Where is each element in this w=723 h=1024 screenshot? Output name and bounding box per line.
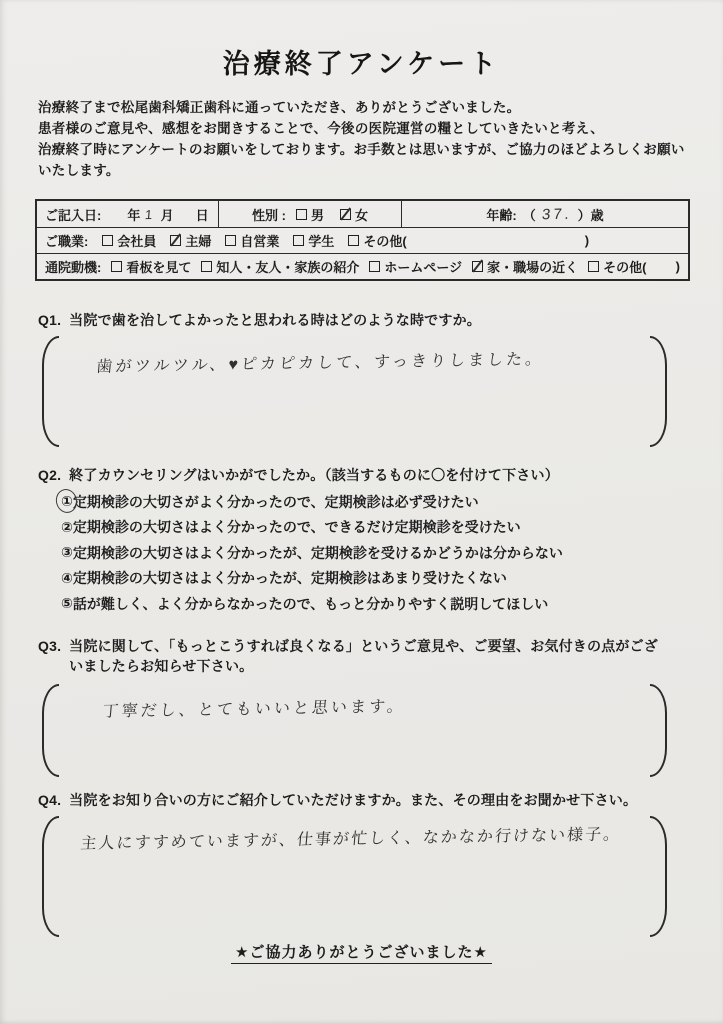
handwritten-answer-q4: 主人にすすめていますが、仕事が忙しく、なかなか行けない様子。: [80, 821, 623, 853]
choice-number: ③: [61, 544, 73, 561]
date-cell: ご記入日: 年 1 月 日: [37, 201, 218, 227]
motive-option: ホームページ: [369, 257, 462, 276]
motive-option-label: 家・職場の近く: [487, 257, 578, 276]
age-cell: 年齢: （ 37. ）歳: [401, 201, 688, 227]
motive-other-close-paren: ): [676, 259, 680, 274]
handwritten-age-value: 37.: [541, 205, 572, 223]
intro-line: いたします。: [38, 160, 688, 181]
checkbox-referral: [201, 261, 212, 272]
choice-2: ②定期検診の大切さはよく分かったので、できるだけ定期検診を受けたい: [61, 515, 563, 541]
age-paren-open: （: [523, 205, 536, 224]
handwritten-answer-q1: 歯がツルツル、♥ピカピカして、すっきりしました。: [96, 346, 546, 377]
question-number: Q1.: [38, 310, 61, 330]
sex-option-label: 男: [311, 205, 324, 224]
choice-text: 話が難しく、よく分からなかったので、もっと分かりやすく説明してほしい: [73, 594, 548, 614]
occupation-option: 自営業: [225, 231, 279, 250]
checkbox-homepage: [369, 261, 380, 272]
checkbox-occupation-other: [348, 235, 359, 246]
date-year-suffix: 年: [127, 205, 140, 224]
choice-text: 定期検診の大切さはよく分かったので、できるだけ定期検診を受けたい: [73, 517, 521, 537]
occupation-option: 主婦: [170, 231, 211, 250]
table-row-occupation: ご職業: 会社員 主婦 自営業 学生: [37, 227, 688, 253]
date-day-suffix: 日: [196, 205, 209, 224]
sex-option-label: 女: [355, 205, 368, 224]
occupation-option: 会社員: [102, 231, 156, 250]
occupation-option-label: その他(: [363, 231, 406, 250]
motive-option-label: その他(: [603, 257, 646, 276]
motive-option-label: 知人・友人・家族の紹介: [216, 257, 359, 276]
checkbox-company-employee: [102, 235, 113, 246]
occupation-option-label: 自営業: [240, 231, 279, 250]
choice-5: ⑤話が難しく、よく分からなかったので、もっと分かりやすく説明してほしい: [61, 591, 563, 617]
choice-number-circled: ①: [61, 493, 73, 510]
date-month-suffix: 月: [161, 205, 174, 224]
choice-text: 定期検診の大切さはよく分かったが、定期検診はあまり受けたくない: [73, 568, 507, 588]
left-bracket: [42, 816, 59, 937]
motive-cell: 通院動機: 看板を見て 知人・友人・家族の紹介 ホームページ 家・職場の近く: [37, 254, 688, 279]
question-text: 終了カウンセリングはいかがでしたか。（該当するものに〇を付けて下さい）: [69, 465, 559, 485]
question-number: Q2.: [38, 465, 61, 485]
question-1-heading: Q1. 当院で歯を治してよかったと思われる時はどのような時ですか。: [38, 310, 678, 330]
question-2-choices: ①定期検診の大切さがよく分かったので、定期検診は必ず受けたい ②定期検診の大切さ…: [61, 489, 563, 617]
table-row-date-sex-age: ご記入日: 年 1 月 日 性別 : 男 女: [37, 201, 688, 227]
question-3-heading: Q3. 当院に関して、「もっとこうすれば良くなる」というご意見や、ご要望、お気付…: [38, 636, 670, 676]
date-label: ご記入日:: [45, 205, 101, 224]
table-row-motive: 通院動機: 看板を見て 知人・友人・家族の紹介 ホームページ 家・職場の近く: [37, 253, 688, 279]
motive-label: 通院動機:: [45, 257, 101, 276]
right-bracket: [650, 816, 667, 937]
motive-option: 看板を見て: [111, 257, 191, 276]
question-2-heading: Q2. 終了カウンセリングはいかがでしたか。（該当するものに〇を付けて下さい）: [38, 465, 678, 485]
intro-line: 治療終了時にアンケートのお願いをしております。お手数とは思いますが、ご協力のほど…: [38, 139, 688, 160]
age-label: 年齢:: [486, 205, 516, 224]
sex-cell: 性別 : 男 女: [218, 201, 401, 227]
occupation-label: ご職業:: [45, 231, 88, 250]
checkbox-saw-signboard: [111, 261, 122, 272]
answer-area: 歯がツルツル、♥ピカピカして、すっきりしました。: [59, 336, 650, 447]
choice-3: ③定期検診の大切さはよく分かったが、定期検診を受けるかどうかは分からない: [61, 540, 563, 566]
sex-label: 性別 :: [252, 205, 286, 224]
checkbox-student: [293, 235, 304, 246]
question-4-answer-box: 主人にすすめていますが、仕事が忙しく、なかなか行けない様子。: [42, 816, 667, 937]
checkbox-motive-other: [588, 261, 599, 272]
footer-thanks: ★ご協力ありがとうございました★: [0, 941, 723, 962]
occupation-option-label: 会社員: [117, 231, 156, 250]
question-number: Q3.: [38, 636, 61, 676]
right-bracket: [650, 684, 667, 777]
right-bracket: [650, 336, 667, 447]
footer-thanks-text: ★ご協力ありがとうございました★: [231, 944, 492, 964]
occupation-other-close-paren: ): [585, 233, 589, 248]
question-number: Q4.: [38, 790, 61, 810]
occupation-option-label: 主婦: [185, 231, 211, 250]
scanned-questionnaire-page: 治療終了アンケート 治療終了まで松尾歯科矯正歯科に通っていただき、ありがとうござ…: [0, 0, 723, 1024]
checkbox-male: [296, 209, 307, 220]
motive-option: 知人・友人・家族の紹介: [201, 257, 359, 276]
choice-number: ④: [61, 570, 73, 587]
left-bracket: [42, 684, 59, 777]
motive-option-other: その他(: [588, 257, 646, 276]
intro-line: 患者様のご意見や、感想をお聞きすることで、今後の医院運営の糧としていきたいと考え…: [38, 118, 688, 139]
intro-paragraph: 治療終了まで松尾歯科矯正歯科に通っていただき、ありがとうございました。 患者様の…: [38, 97, 688, 181]
handwritten-month-value: 1: [145, 206, 157, 221]
checkbox-self-employed: [225, 235, 236, 246]
checkbox-housewife: [170, 235, 181, 246]
left-bracket: [42, 336, 59, 447]
question-4-heading: Q4. 当院をお知り合いの方にご紹介していただけますか。また、その理由をお聞かせ…: [38, 790, 678, 810]
respondent-info-table: ご記入日: 年 1 月 日 性別 : 男 女: [35, 199, 690, 281]
occupation-option-other: その他(: [348, 231, 406, 250]
question-text: 当院に関して、「もっとこうすれば良くなる」というご意見や、ご要望、お気付きの点が…: [69, 636, 670, 676]
occupation-option-label: 学生: [308, 231, 334, 250]
intro-line: 治療終了まで松尾歯科矯正歯科に通っていただき、ありがとうございました。: [38, 97, 688, 118]
answer-area: 丁寧だし、とてもいいと思います。: [59, 684, 650, 777]
question-text: 当院で歯を治してよかったと思われる時はどのような時ですか。: [69, 310, 481, 330]
choice-1: ①定期検診の大切さがよく分かったので、定期検診は必ず受けたい: [61, 489, 563, 515]
motive-option-label: ホームページ: [384, 257, 462, 276]
occupation-option: 学生: [293, 231, 334, 250]
question-3-answer-box: 丁寧だし、とてもいいと思います。: [42, 684, 667, 777]
checkbox-near-home-work: [472, 261, 483, 272]
question-text: 当院をお知り合いの方にご紹介していただけますか。また、その理由をお聞かせ下さい。: [69, 790, 637, 810]
checkbox-female: [340, 209, 351, 220]
answer-area: 主人にすすめていますが、仕事が忙しく、なかなか行けない様子。: [59, 816, 650, 937]
motive-option-label: 看板を見て: [126, 257, 191, 276]
page-title: 治療終了アンケート: [0, 42, 723, 81]
choice-text: 定期検診の大切さはよく分かったが、定期検診を受けるかどうかは分からない: [73, 543, 563, 563]
occupation-cell: ご職業: 会社員 主婦 自営業 学生: [37, 228, 688, 253]
sex-option-male: 男: [296, 205, 324, 224]
motive-option: 家・職場の近く: [472, 257, 578, 276]
choice-4: ④定期検診の大切さはよく分かったが、定期検診はあまり受けたくない: [61, 566, 563, 592]
handwritten-answer-q3: 丁寧だし、とてもいいと思います。: [102, 693, 407, 721]
choice-number: ⑤: [61, 595, 73, 612]
choice-text: 定期検診の大切さがよく分かったので、定期検診は必ず受けたい: [73, 492, 479, 512]
age-paren-close: ）歳: [578, 205, 604, 224]
sex-option-female: 女: [340, 205, 368, 224]
question-1-answer-box: 歯がツルツル、♥ピカピカして、すっきりしました。: [42, 336, 667, 447]
choice-number: ②: [61, 519, 73, 536]
